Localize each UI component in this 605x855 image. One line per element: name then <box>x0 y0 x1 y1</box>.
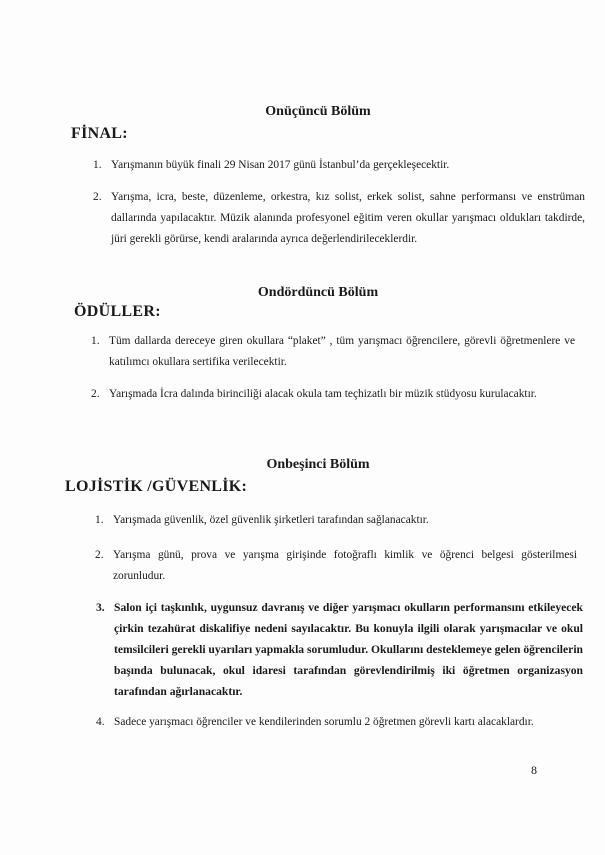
item-text: Yarışmanın büyük finali 29 Nisan 2017 gü… <box>111 155 581 176</box>
item-number: 1. <box>93 155 102 176</box>
chapter-title-15: Onbeşinci Bölüm <box>218 457 418 473</box>
lojistik-item-3: 3. Salon içi taşkınlık, uygunsuz davranı… <box>114 597 583 702</box>
item-text: Yarışma günü, prova ve yarışma girişinde… <box>113 545 577 587</box>
item-text: Yarışma, icra, beste, düzenleme, orkestr… <box>111 187 585 250</box>
item-text: Sadece yarışmacı öğrenciler ve kendileri… <box>114 712 583 733</box>
item-number: 4. <box>96 712 105 733</box>
item-number: 1. <box>95 510 104 531</box>
item-number: 2. <box>91 384 100 405</box>
lojistik-item-4: 4. Sadece yarışmacı öğrenciler ve kendil… <box>114 712 583 733</box>
chapter-title-13: Onüçüncü Bölüm <box>218 104 418 120</box>
item-text: Tüm dallarda dereceye giren okullara “pl… <box>109 331 575 373</box>
item-number: 2. <box>93 187 102 208</box>
oduller-item-1: 1. Tüm dallarda dereceye giren okullara … <box>109 331 575 373</box>
item-text: Salon içi taşkınlık, uygunsuz davranış v… <box>114 597 583 702</box>
oduller-item-2: 2. Yarışmada İcra dalında birinciliği al… <box>109 384 575 405</box>
document-page: Onüçüncü Bölüm FİNAL: 1. Yarışmanın büyü… <box>0 0 605 855</box>
item-number: 1. <box>91 331 100 352</box>
item-text: Yarışmada güvenlik, özel güvenlik şirket… <box>113 510 573 531</box>
item-number: 2. <box>95 545 104 566</box>
page-number: 8 <box>531 763 537 778</box>
final-item-1: 1. Yarışmanın büyük finali 29 Nisan 2017… <box>111 155 581 176</box>
lojistik-item-2: 2. Yarışma günü, prova ve yarışma girişi… <box>113 545 577 587</box>
final-item-2: 2. Yarışma, icra, beste, düzenleme, orke… <box>111 187 585 250</box>
section-heading-final: FİNAL: <box>71 125 128 143</box>
section-heading-oduller: ÖDÜLLER: <box>74 303 161 321</box>
item-text: Yarışmada İcra dalında birinciliği alaca… <box>109 384 575 405</box>
chapter-title-14: Ondördüncü Bölüm <box>218 285 418 301</box>
lojistik-item-1: 1. Yarışmada güvenlik, özel güvenlik şir… <box>113 510 573 531</box>
item-number: 3. <box>96 597 105 618</box>
section-heading-lojistik: LOJİSTİK /GÜVENLİK: <box>65 478 247 496</box>
